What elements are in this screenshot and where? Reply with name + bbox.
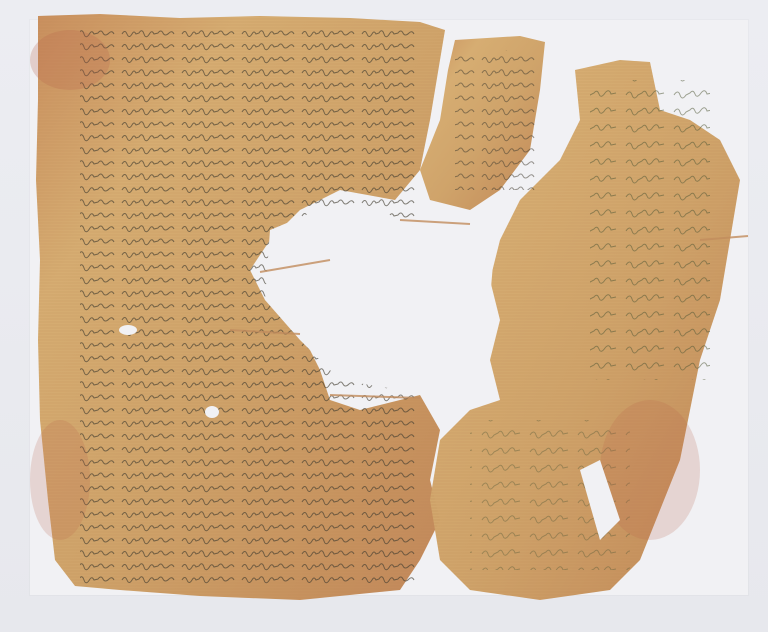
papyrus-fragment (0, 0, 768, 632)
